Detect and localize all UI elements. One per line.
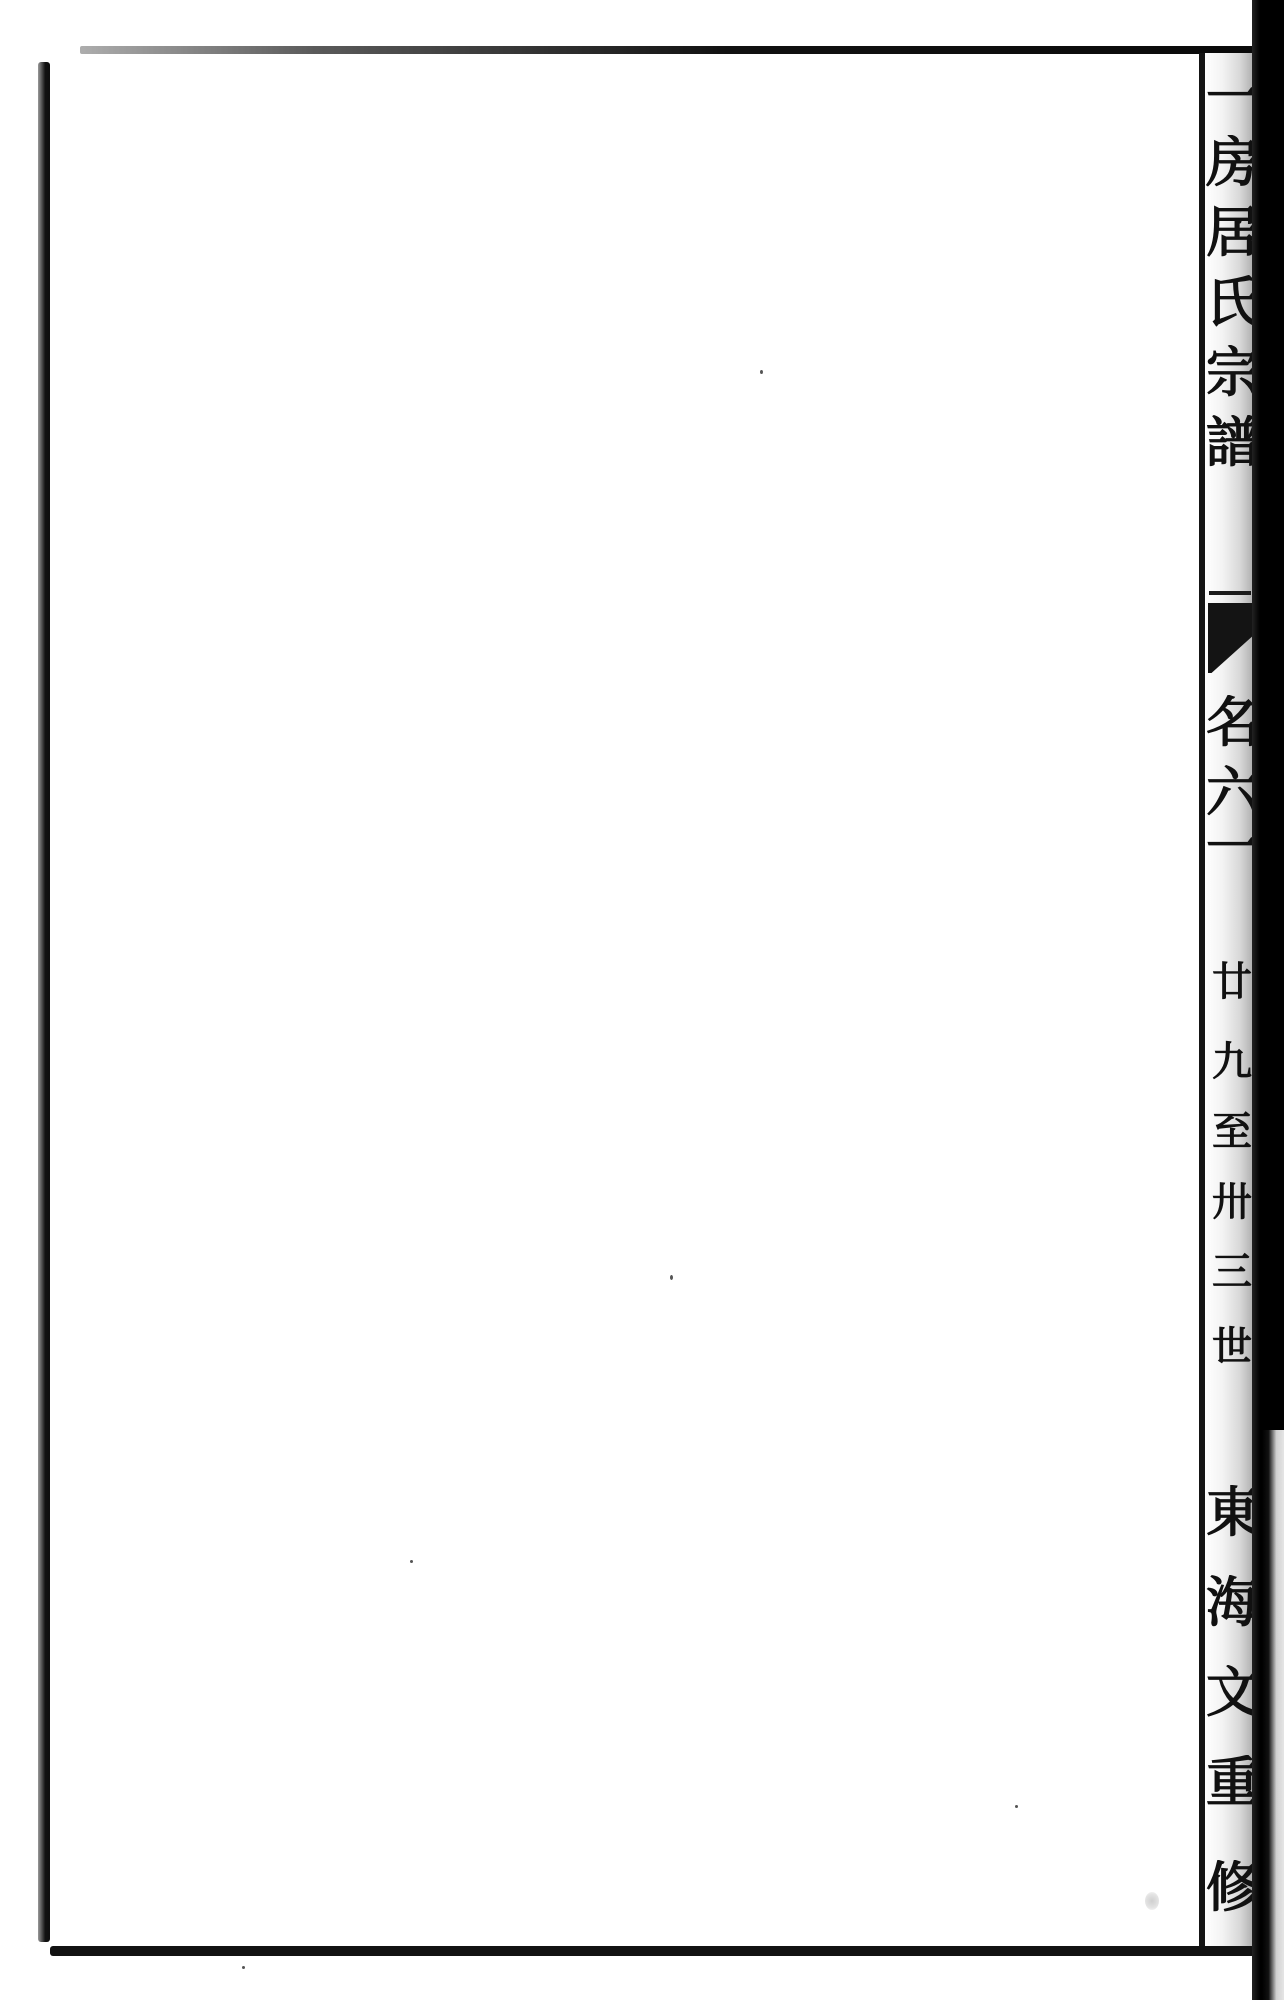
frame-left-border bbox=[38, 62, 50, 1942]
margin-divider-line bbox=[1199, 53, 1205, 1946]
paper-stain bbox=[1145, 1892, 1159, 1910]
binding-torn-edge bbox=[1262, 1430, 1284, 2000]
frame-top-border bbox=[80, 46, 1255, 54]
frame-bottom-border bbox=[50, 1946, 1255, 1956]
scanned-page: 一 房 居 氏 宗 譜 名 六 一 廿 九 至 卅 三 世 東 海 文 重 修 bbox=[0, 0, 1284, 2000]
fish-tail-rule bbox=[1209, 591, 1251, 595]
scan-speck bbox=[410, 1560, 413, 1563]
scan-speck bbox=[242, 1966, 245, 1969]
scan-speck bbox=[1015, 1805, 1018, 1808]
scan-speck bbox=[760, 370, 763, 374]
scan-speck bbox=[670, 1275, 673, 1280]
